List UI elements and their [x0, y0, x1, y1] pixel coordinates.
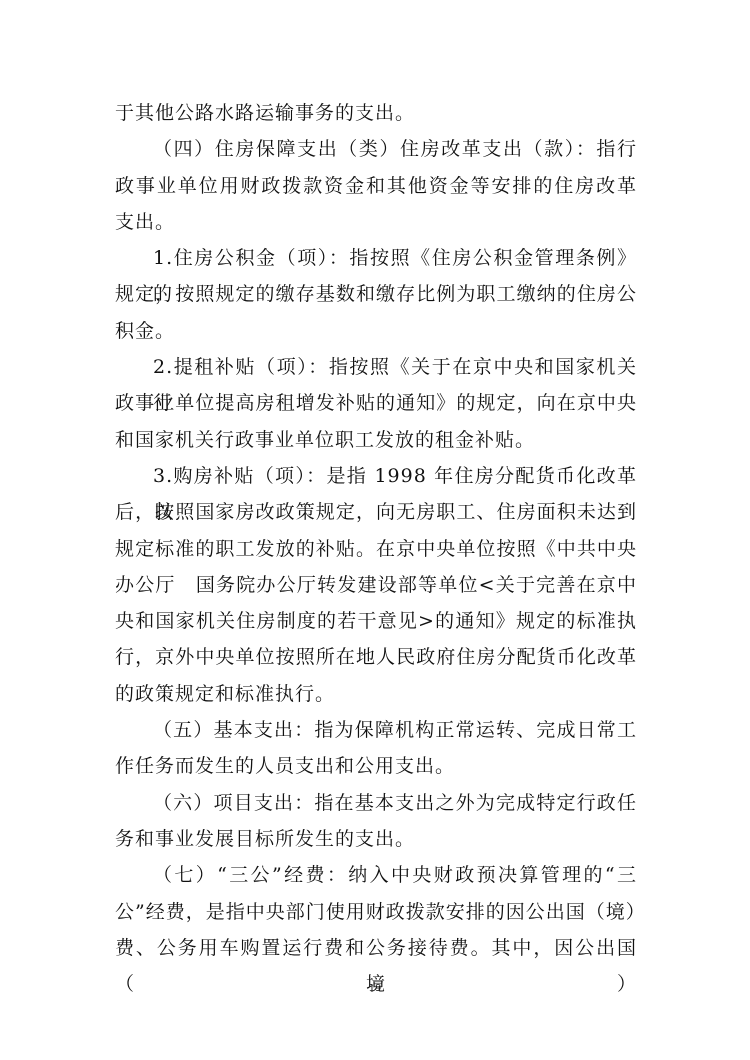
text-line: （七）“三公”经费：纳入中央财政预决算管理的“三: [115, 857, 637, 893]
text-line: 3.购房补贴（项）：是指 1998 年住房分配货币化改革以: [115, 458, 637, 494]
text-line: 公”经费，是指中央部门使用财政拨款安排的因公出国（境）: [115, 894, 637, 930]
text-line: 务和事业发展目标所发生的支出。: [115, 821, 637, 857]
text-line: （五）基本支出：指为保障机构正常运转、完成日常工: [115, 712, 637, 748]
text-line: 费、公务用车购置运行费和公务接待费。其中，因公出国（境）: [115, 930, 637, 966]
text-line: 行，京外中央单位按照所在地人民政府住房分配货币化改革: [115, 639, 637, 675]
text-line: 作任务而发生的人员支出和公用支出。: [115, 748, 637, 784]
text-line: 于其他公路水路运输事务的支出。: [115, 95, 637, 131]
text-line: 办公厅 国务院办公厅转发建设部等单位<关于完善在京中: [115, 567, 637, 603]
text-line: （六）项目支出：指在基本支出之外为完成特定行政任: [115, 785, 637, 821]
text-line: 支出。: [115, 204, 637, 240]
paragraph-project-expenditure: （六）项目支出：指在基本支出之外为完成特定行政任 务和事业发展目标所发生的支出。: [115, 785, 637, 858]
text-line: 规定，按照规定的缴存基数和缴存比例为职工缴纳的住房公: [115, 276, 637, 312]
paragraph-rent-subsidy: 2.提租补贴（项）：指按照《关于在京中央和国家机关行 政事业单位提高房租增发补贴…: [115, 349, 637, 458]
text-line: 政事业单位用财政拨款资金和其他资金等安排的住房改革: [115, 168, 637, 204]
text-line: 后，按照国家房改政策规定，向无房职工、住房面积未达到: [115, 494, 637, 530]
page-number: 19: [355, 983, 395, 994]
paragraph-basic-expenditure: （五）基本支出：指为保障机构正常运转、完成日常工 作任务而发生的人员支出和公用支…: [115, 712, 637, 785]
text-line: 政事业单位提高房租增发补贴的通知》的规定，向在京中央: [115, 385, 637, 421]
text-line: （四）住房保障支出（类）住房改革支出（款）：指行: [115, 131, 637, 167]
text-line: 1.住房公积金（项）：指按照《住房公积金管理条例》的: [115, 240, 637, 276]
text-line: 2.提租补贴（项）：指按照《关于在京中央和国家机关行: [115, 349, 637, 385]
text-line: 规定标准的职工发放的补贴。在京中央单位按照《中共中央: [115, 531, 637, 567]
text-line: 央和国家机关住房制度的若干意见>的通知》规定的标准执: [115, 603, 637, 639]
paragraph-housing-fund: 1.住房公积金（项）：指按照《住房公积金管理条例》的 规定，按照规定的缴存基数和…: [115, 240, 637, 349]
document-page: 于其他公路水路运输事务的支出。 （四）住房保障支出（类）住房改革支出（款）：指行…: [0, 0, 750, 1060]
paragraph-housing-reform: （四）住房保障支出（类）住房改革支出（款）：指行 政事业单位用财政拨款资金和其他…: [115, 131, 637, 240]
text-line: 的政策规定和标准执行。: [115, 676, 637, 712]
body-text: 于其他公路水路运输事务的支出。 （四）住房保障支出（类）住房改革支出（款）：指行…: [115, 95, 637, 966]
paragraph-three-public-expenses: （七）“三公”经费：纳入中央财政预决算管理的“三 公”经费，是指中央部门使用财政…: [115, 857, 637, 966]
paragraph-continuation: 于其他公路水路运输事务的支出。: [115, 95, 637, 131]
text-line: 和国家机关行政事业单位职工发放的租金补贴。: [115, 422, 637, 458]
paragraph-purchase-subsidy: 3.购房补贴（项）：是指 1998 年住房分配货币化改革以 后，按照国家房改政策…: [115, 458, 637, 712]
text-line: 积金。: [115, 313, 637, 349]
